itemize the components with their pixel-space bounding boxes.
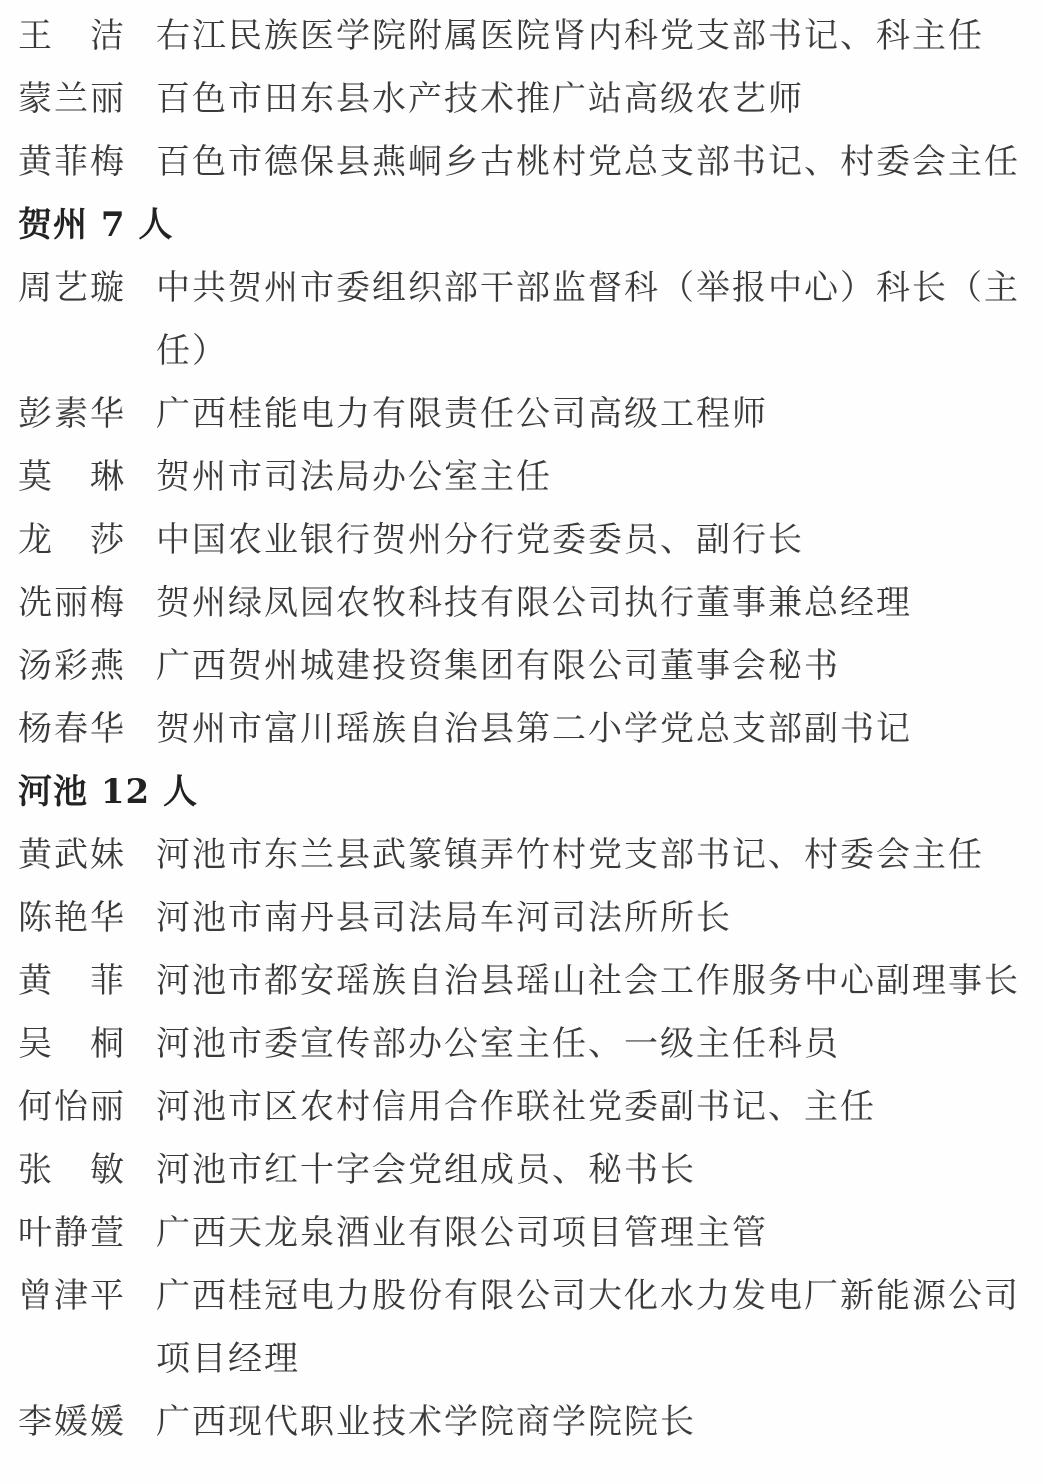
person-name: 王 洁 (18, 5, 126, 68)
list-item: 吴 桐 河池市委宣传部办公室主任、一级主任科员 (18, 1013, 1032, 1076)
person-name: 叶静萱 (18, 1202, 126, 1265)
person-title: 河池市南丹县司法局车河司法所所长 (156, 887, 1032, 950)
person-name: 彭素华 (18, 383, 126, 446)
person-name: 蒙兰丽 (18, 68, 126, 131)
list-item: 黄 菲 河池市都安瑶族自治县瑶山社会工作服务中心副理事长 (18, 950, 1032, 1013)
person-title: 河池市东兰县武篆镇弄竹村党支部书记、村委会主任 (156, 824, 1032, 887)
person-name: 冼丽梅 (18, 572, 126, 635)
list-item: 黄武妹 河池市东兰县武篆镇弄竹村党支部书记、村委会主任 (18, 824, 1032, 887)
person-title: 广西桂冠电力股份有限公司大化水力发电厂新能源公司 项目经理 (156, 1265, 1032, 1391)
list-item: 叶静萱 广西天龙泉酒业有限公司项目管理主管 (18, 1202, 1032, 1265)
list-item: 彭素华 广西桂能电力有限责任公司高级工程师 (18, 383, 1032, 446)
person-name: 张 敏 (18, 1139, 126, 1202)
person-title: 右江民族医学院附属医院肾内科党支部书记、科主任 (156, 5, 1032, 68)
person-name: 莫 琳 (18, 446, 126, 509)
list-item: 王 洁 右江民族医学院附属医院肾内科党支部书记、科主任 (18, 5, 1032, 68)
person-name: 曾津平 (18, 1265, 126, 1328)
person-title: 河池市委宣传部办公室主任、一级主任科员 (156, 1013, 1032, 1076)
list-item: 杨春华 贺州市富川瑶族自治县第二小学党总支部副书记 (18, 698, 1032, 761)
section-header-hezhou: 贺州 7 人 (18, 194, 1032, 257)
person-title: 贺州绿凤园农牧科技有限公司执行董事兼总经理 (156, 572, 1032, 635)
list-item: 黄菲梅 百色市德保县燕峒乡古桃村党总支部书记、村委会主任 (18, 131, 1032, 194)
person-title: 百色市德保县燕峒乡古桃村党总支部书记、村委会主任 (156, 131, 1032, 194)
person-name: 杨春华 (18, 698, 126, 761)
person-title: 百色市田东县水产技术推广站高级农艺师 (156, 68, 1032, 131)
person-name: 黄 菲 (18, 950, 126, 1013)
person-title: 中共贺州市委组织部干部监督科（举报中心）科长（主任） (156, 257, 1032, 383)
person-name: 黄菲梅 (18, 131, 126, 194)
person-name: 吴 桐 (18, 1013, 126, 1076)
person-name: 李媛媛 (18, 1391, 126, 1454)
person-title: 中国农业银行贺州分行党委委员、副行长 (156, 509, 1032, 572)
person-name: 何怡丽 (18, 1076, 126, 1139)
list-item: 冼丽梅 贺州绿凤园农牧科技有限公司执行董事兼总经理 (18, 572, 1032, 635)
person-name: 龙 莎 (18, 509, 126, 572)
list-item: 周艺璇 中共贺州市委组织部干部监督科（举报中心）科长（主任） (18, 257, 1032, 383)
person-title: 河池市区农村信用合作联社党委副书记、主任 (156, 1076, 1032, 1139)
person-title: 广西桂能电力有限责任公司高级工程师 (156, 383, 1032, 446)
person-title: 河池市红十字会党组成员、秘书长 (156, 1139, 1032, 1202)
person-title: 河池市都安瑶族自治县瑶山社会工作服务中心副理事长 (156, 950, 1032, 1013)
list-item: 蒙兰丽 百色市田东县水产技术推广站高级农艺师 (18, 68, 1032, 131)
list-item: 张 敏 河池市红十字会党组成员、秘书长 (18, 1139, 1032, 1202)
list-item: 龙 莎 中国农业银行贺州分行党委委员、副行长 (18, 509, 1032, 572)
list-item: 何怡丽 河池市区农村信用合作联社党委副书记、主任 (18, 1076, 1032, 1139)
list-item: 曾津平 广西桂冠电力股份有限公司大化水力发电厂新能源公司 项目经理 (18, 1265, 1032, 1391)
document-page: 王 洁 右江民族医学院附属医院肾内科党支部书记、科主任 蒙兰丽 百色市田东县水产… (0, 0, 1044, 1484)
person-name: 汤彩燕 (18, 635, 126, 698)
section-header-hechi: 河池 12 人 (18, 761, 1032, 824)
person-title: 贺州市司法局办公室主任 (156, 446, 1032, 509)
person-title: 广西天龙泉酒业有限公司项目管理主管 (156, 1202, 1032, 1265)
list-item: 汤彩燕 广西贺州城建投资集团有限公司董事会秘书 (18, 635, 1032, 698)
person-title: 广西贺州城建投资集团有限公司董事会秘书 (156, 635, 1032, 698)
list-item: 陈艳华 河池市南丹县司法局车河司法所所长 (18, 887, 1032, 950)
person-name: 黄武妹 (18, 824, 126, 887)
person-name: 周艺璇 (18, 257, 126, 320)
person-name: 陈艳华 (18, 887, 126, 950)
person-title: 贺州市富川瑶族自治县第二小学党总支部副书记 (156, 698, 1032, 761)
list-item: 莫 琳 贺州市司法局办公室主任 (18, 446, 1032, 509)
person-title: 广西现代职业技术学院商学院院长 (156, 1391, 1032, 1454)
list-item: 李媛媛 广西现代职业技术学院商学院院长 (18, 1391, 1032, 1454)
